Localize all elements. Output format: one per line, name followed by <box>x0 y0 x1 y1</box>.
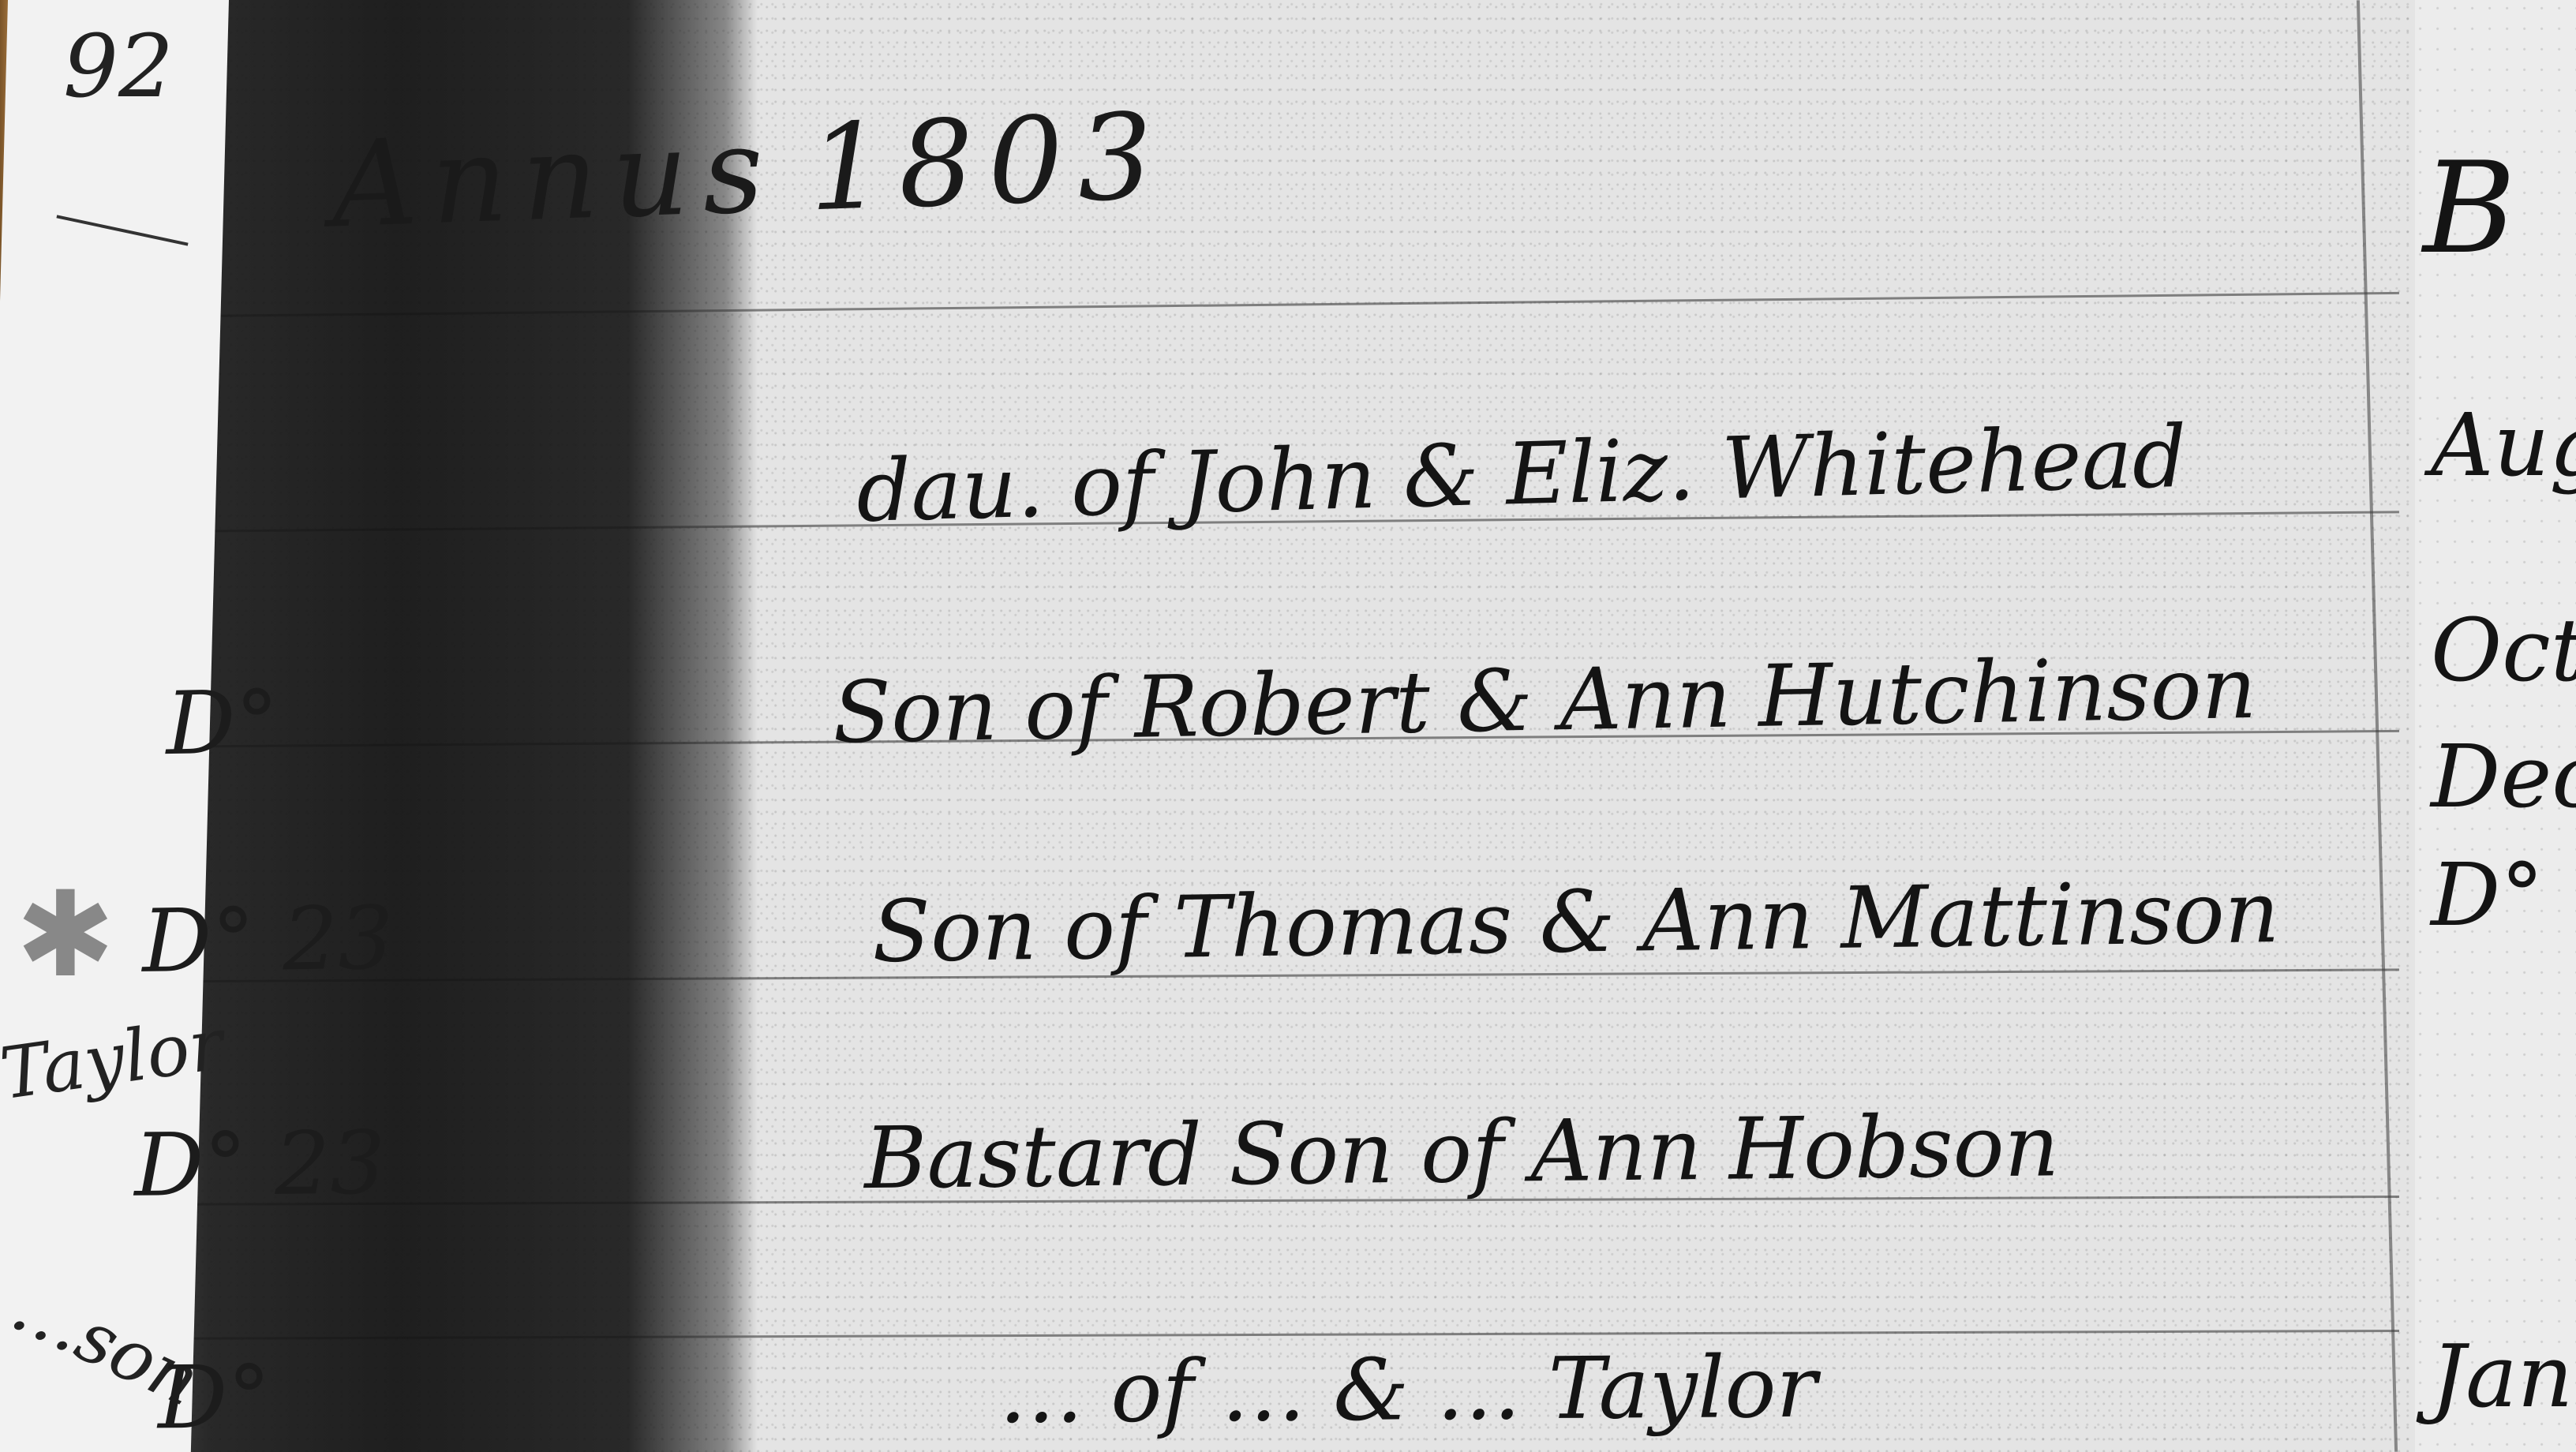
asterisk-icon: ✱ <box>16 876 115 994</box>
register-entry: D° 23 Bastard Son of Ann Hobson <box>133 1095 2059 1216</box>
right-date: Oct <box>2431 600 2576 701</box>
entry-date: D° <box>158 1345 443 1449</box>
entry-date: D° 23 <box>133 1112 418 1216</box>
heading-year: 1803 <box>807 88 1170 238</box>
register-entry: D° … of … & … Taylor <box>158 1336 1818 1449</box>
right-date: Dec <box>2431 726 2576 827</box>
entry-text: Son of Thomas & Ann Mattinson <box>871 863 2280 982</box>
page-number: 92 <box>63 16 174 117</box>
entry-date: D° <box>165 668 451 774</box>
right-date: Aug <box>2431 395 2576 496</box>
right-column-header: B <box>2423 134 2516 282</box>
entry-date <box>190 531 474 538</box>
right-date: Jan <box>2431 1326 2574 1427</box>
register-heading: Annus1803 <box>329 88 1169 255</box>
entry-date: D° 23 <box>141 887 427 992</box>
right-date: D° <box>2431 844 2544 945</box>
entry-text: … of … & … Taylor <box>998 1338 1818 1443</box>
entry-text: Bastard Son of Ann Hobson <box>863 1097 2059 1208</box>
heading-prefix: Annus <box>329 102 780 255</box>
